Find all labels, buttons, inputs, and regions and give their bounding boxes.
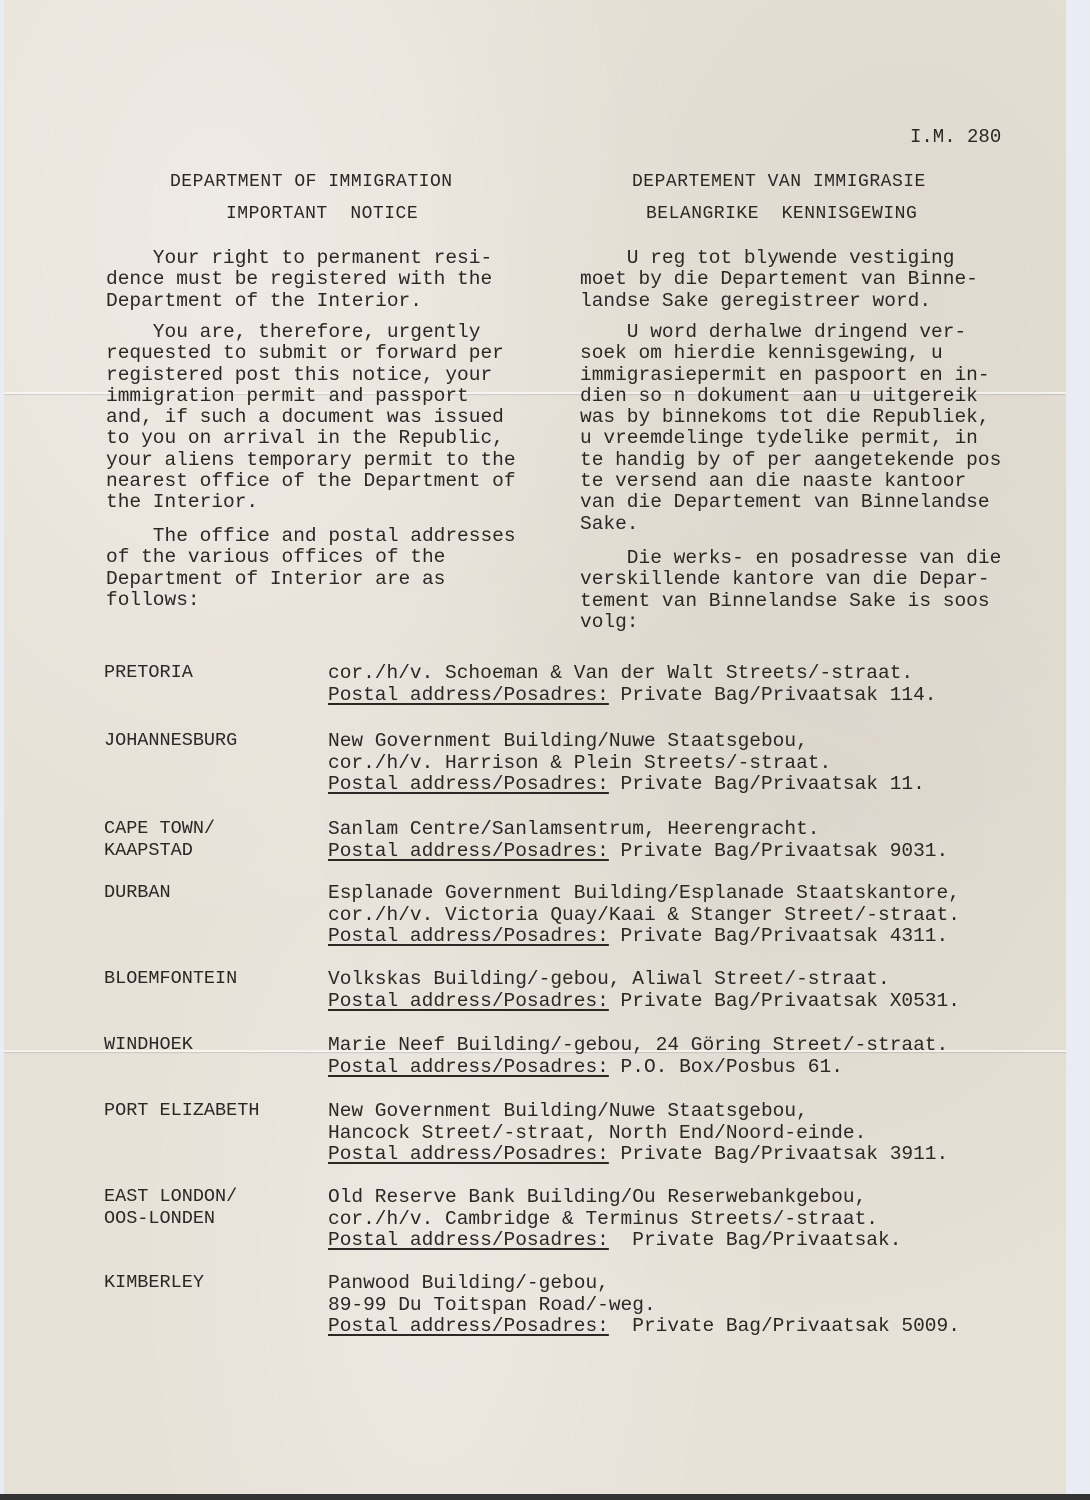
postal-address-value: Private Bag/Privaatsak 114. bbox=[609, 684, 937, 706]
postal-address-line: Postal address/Posadres: Private Bag/Pri… bbox=[328, 1316, 960, 1338]
office-city: WINDHOEK bbox=[104, 1034, 193, 1056]
office-address: New Government Building/Nuwe Staatsgebou… bbox=[328, 731, 925, 796]
postal-address-line: Postal address/Posadres: Private Bag/Pri… bbox=[328, 685, 937, 707]
afrikaans-department-heading: DEPARTEMENT VAN IMMIGRASIE bbox=[632, 172, 926, 192]
postal-address-label: Postal address/Posadres: bbox=[328, 990, 609, 1012]
postal-address-value: Private Bag/Privaatsak X0531. bbox=[609, 990, 960, 1012]
office-address: New Government Building/Nuwe Staatsgebou… bbox=[328, 1101, 948, 1166]
postal-address-label: Postal address/Posadres: bbox=[328, 684, 609, 706]
postal-address-line: Postal address/Posadres: Private Bag/Pri… bbox=[328, 1230, 901, 1252]
office-city: JOHANNESBURG bbox=[104, 730, 237, 752]
address-line: cor./h/v. Victoria Quay/Kaai & Stanger S… bbox=[328, 905, 960, 927]
address-line: Panwood Building/-gebou, bbox=[328, 1273, 960, 1295]
postal-address-label: Postal address/Posadres: bbox=[328, 925, 609, 947]
english-paragraph-2: You are, therefore, urgently requested t… bbox=[106, 322, 516, 514]
office-city: PRETORIA bbox=[104, 662, 193, 684]
postal-address-value: Private Bag/Privaatsak 9031. bbox=[609, 840, 948, 862]
postal-address-line: Postal address/Posadres: Private Bag/Pri… bbox=[328, 841, 948, 863]
postal-address-label: Postal address/Posadres: bbox=[328, 773, 609, 795]
afrikaans-paragraph-1: U reg tot blywende vestiging moet by die… bbox=[580, 248, 978, 312]
afrikaans-paragraph-2: U word derhalwe dringend ver- soek om hi… bbox=[580, 322, 1001, 535]
postal-address-label: Postal address/Posadres: bbox=[328, 1056, 609, 1078]
afrikaans-notice-title: BELANGRIKE KENNISGEWING bbox=[646, 204, 917, 224]
address-line: Volkskas Building/-gebou, Aliwal Street/… bbox=[328, 969, 960, 991]
postal-address-line: Postal address/Posadres: Private Bag/Pri… bbox=[328, 926, 960, 948]
address-line: Marie Neef Building/-gebou, 24 Göring St… bbox=[328, 1035, 948, 1057]
office-address: cor./h/v. Schoeman & Van der Walt Street… bbox=[328, 663, 937, 706]
office-city: CAPE TOWN/ KAAPSTAD bbox=[104, 818, 215, 861]
postal-address-value: Private Bag/Privaatsak 4311. bbox=[609, 925, 948, 947]
office-address: Panwood Building/-gebou,89-99 Du Toitspa… bbox=[328, 1273, 960, 1338]
office-address: Marie Neef Building/-gebou, 24 Göring St… bbox=[328, 1035, 948, 1078]
office-city: BLOEMFONTEIN bbox=[104, 968, 237, 990]
postal-address-label: Postal address/Posadres: bbox=[328, 1315, 609, 1337]
english-paragraph-3: The office and postal addresses of the v… bbox=[106, 526, 516, 611]
office-city: DURBAN bbox=[104, 882, 171, 904]
address-line: New Government Building/Nuwe Staatsgebou… bbox=[328, 731, 925, 753]
postal-address-value: Private Bag/Privaatsak 5009. bbox=[609, 1315, 960, 1337]
office-address: Esplanade Government Building/Esplanade … bbox=[328, 883, 960, 948]
afrikaans-paragraph-3: Die werks- en posadresse van die verskil… bbox=[580, 548, 1001, 633]
english-notice-title: IMPORTANT NOTICE bbox=[226, 204, 418, 224]
address-line: Sanlam Centre/Sanlamsentrum, Heerengrach… bbox=[328, 819, 948, 841]
postal-address-line: Postal address/Posadres: Private Bag/Pri… bbox=[328, 991, 960, 1013]
postal-address-line: Postal address/Posadres: P.O. Box/Posbus… bbox=[328, 1057, 948, 1079]
address-line: 89-99 Du Toitspan Road/-weg. bbox=[328, 1295, 960, 1317]
office-city: KIMBERLEY bbox=[104, 1272, 204, 1294]
office-city: PORT ELIZABETH bbox=[104, 1100, 259, 1122]
address-line: Hancock Street/-straat, North End/Noord-… bbox=[328, 1123, 948, 1145]
document-page: I.M. 280 DEPARTMENT OF IMMIGRATION IMPOR… bbox=[4, 0, 1066, 1494]
address-line: cor./h/v. Cambridge & Terminus Streets/-… bbox=[328, 1209, 901, 1231]
address-line: Esplanade Government Building/Esplanade … bbox=[328, 883, 960, 905]
office-address: Old Reserve Bank Building/Ou Reserwebank… bbox=[328, 1187, 901, 1252]
postal-address-value: Private Bag/Privaatsak. bbox=[609, 1229, 902, 1251]
address-line: New Government Building/Nuwe Staatsgebou… bbox=[328, 1101, 948, 1123]
office-address: Sanlam Centre/Sanlamsentrum, Heerengrach… bbox=[328, 819, 948, 862]
postal-address-value: Private Bag/Privaatsak 3911. bbox=[609, 1143, 948, 1165]
scan-edge bbox=[0, 1494, 1090, 1500]
office-address: Volkskas Building/-gebou, Aliwal Street/… bbox=[328, 969, 960, 1012]
address-line: Old Reserve Bank Building/Ou Reserwebank… bbox=[328, 1187, 901, 1209]
address-line: cor./h/v. Schoeman & Van der Walt Street… bbox=[328, 663, 937, 685]
english-paragraph-1: Your right to permanent resi- dence must… bbox=[106, 248, 492, 312]
english-department-heading: DEPARTMENT OF IMMIGRATION bbox=[170, 172, 453, 192]
postal-address-value: Private Bag/Privaatsak 11. bbox=[609, 773, 925, 795]
postal-address-label: Postal address/Posadres: bbox=[328, 840, 609, 862]
postal-address-label: Postal address/Posadres: bbox=[328, 1229, 609, 1251]
form-number: I.M. 280 bbox=[910, 126, 1001, 148]
office-city: EAST LONDON/ OOS-LONDEN bbox=[104, 1186, 237, 1229]
address-line: cor./h/v. Harrison & Plein Streets/-stra… bbox=[328, 753, 925, 775]
postal-address-line: Postal address/Posadres: Private Bag/Pri… bbox=[328, 774, 925, 796]
postal-address-value: P.O. Box/Posbus 61. bbox=[609, 1056, 843, 1078]
postal-address-label: Postal address/Posadres: bbox=[328, 1143, 609, 1165]
postal-address-line: Postal address/Posadres: Private Bag/Pri… bbox=[328, 1144, 948, 1166]
